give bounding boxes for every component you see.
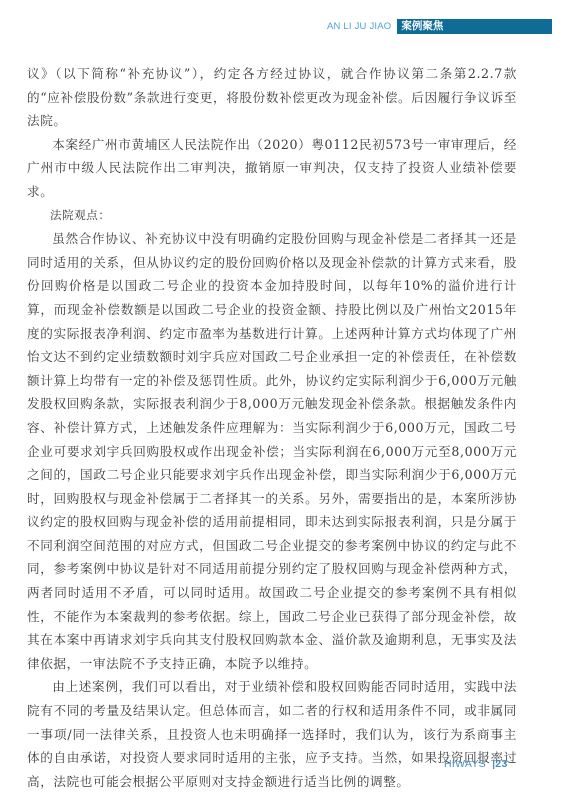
page-number: |23: [492, 758, 508, 770]
paragraph-continuation: 议》（以下简称“补充协议”），约定各方经过协议，就合作协议第二条第2.2.7款的…: [27, 62, 517, 133]
article-body: 议》（以下简称“补充协议”），约定各方经过协议，就合作协议第二条第2.2.7款的…: [27, 62, 517, 793]
page-footer: HIWAYS|23: [444, 758, 508, 770]
page-header: AN LI JU JIAO 案例聚焦: [327, 19, 552, 34]
paragraph-court-opinion: 虽然合作协议、补充协议中没有明确约定股份回购与现金补偿是二者择其一还是同时适用的…: [27, 227, 517, 675]
subheading-court-opinion: 法院观点：: [27, 204, 517, 228]
paragraph-conclusion: 由上述案例，我们可以看出，对于业绩补偿和股权回购能否同时适用，实践中法院有不同的…: [27, 675, 517, 793]
footer-brand: HIWAYS: [444, 758, 486, 770]
paragraph-case-trial: 本案经广州市黄埔区人民法院作出（2020）粤0112民初573号一审审理后，经广…: [27, 133, 517, 204]
series-label: AN LI JU JIAO: [327, 21, 391, 32]
section-banner: 案例聚焦: [397, 19, 552, 34]
